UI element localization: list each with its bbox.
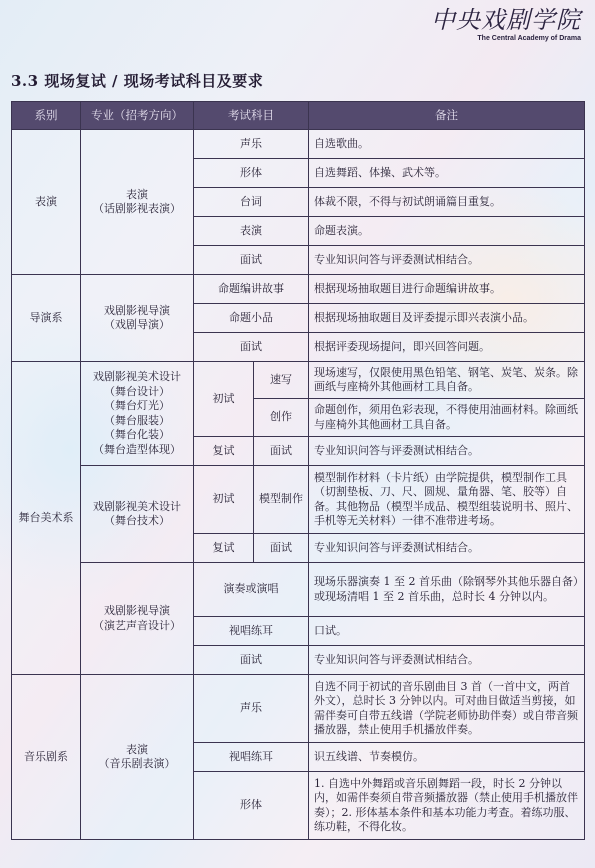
note-cell: 体裁不限，不得与初试朗诵篇目重复。 <box>309 188 585 217</box>
major-cell: 戏剧影视导演 （戏剧导演） <box>81 275 194 362</box>
logo-chinese: 中央戏剧学院 <box>431 6 581 34</box>
note-cell: 根据现场抽取题目及评委提示即兴表演小品。 <box>309 304 585 333</box>
subject-cell: 面试 <box>194 246 309 275</box>
subject-cell: 命题编讲故事 <box>194 275 309 304</box>
note-cell: 识五线谱、节奏模仿。 <box>309 743 585 772</box>
subject-cell: 模型制作 <box>254 466 309 534</box>
note-cell: 专业知识问答与评委测试相结合。 <box>309 246 585 275</box>
table-header-row: 系别 专业（招考方向） 考试科目 备注 <box>12 102 585 130</box>
note-cell: 命题表演。 <box>309 217 585 246</box>
round-cell: 复试 <box>194 437 254 466</box>
note-cell: 自选歌曲。 <box>309 130 585 159</box>
subject-cell: 台词 <box>194 188 309 217</box>
table-row: 表演 表演 （话剧影视表演） 声乐 自选歌曲。 <box>12 130 585 159</box>
department-cell: 表演 <box>12 130 81 275</box>
table-row: 导演系 戏剧影视导演 （戏剧导演） 命题编讲故事 根据现场抽取题目进行命题编讲故… <box>12 275 585 304</box>
table-row: 戏剧影视美术设计 （舞台技术） 初试 模型制作 模型制作材料（卡片纸）由学院提供… <box>12 466 585 534</box>
major-cell: 表演 （话剧影视表演） <box>81 130 194 275</box>
subject-cell: 形体 <box>194 772 309 840</box>
note-cell: 专业知识问答与评委测试相结合。 <box>309 437 585 466</box>
header-subject: 考试科目 <box>194 102 309 130</box>
subject-cell: 速写 <box>254 362 309 399</box>
table-row: 舞台美术系 戏剧影视美术设计 （舞台设计） （舞台灯光） （舞台服装） （舞台化… <box>12 362 585 399</box>
note-cell: 现场速写，仅限使用黑色铅笔、钢笔、炭笔、炭条。除画纸与座椅外其他画材工具自备。 <box>309 362 585 399</box>
department-cell: 导演系 <box>12 275 81 362</box>
subject-cell: 命题小品 <box>194 304 309 333</box>
header-department: 系别 <box>12 102 81 130</box>
header-notes: 备注 <box>309 102 585 130</box>
major-cell: 戏剧影视美术设计 （舞台设计） （舞台灯光） （舞台服装） （舞台化装） （舞台… <box>81 362 194 466</box>
note-cell: 根据评委现场提问，即兴回答问题。 <box>309 333 585 362</box>
subject-cell: 面试 <box>254 534 309 563</box>
subject-cell: 声乐 <box>194 675 309 743</box>
table-row: 戏剧影视导演 （演艺声音设计） 演奏或演唱 现场乐器演奏 1 至 2 首乐曲（除… <box>12 563 585 617</box>
department-cell: 舞台美术系 <box>12 362 81 675</box>
subject-cell: 声乐 <box>194 130 309 159</box>
major-cell: 戏剧影视导演 （演艺声音设计） <box>81 563 194 675</box>
round-cell: 复试 <box>194 534 254 563</box>
subject-cell: 表演 <box>194 217 309 246</box>
note-cell: 1. 自选中外舞蹈或音乐剧舞蹈一段，时长 2 分钟以内，如需伴奏须自带音频播放器… <box>309 772 585 840</box>
exam-subjects-table: 系别 专业（招考方向） 考试科目 备注 表演 表演 （话剧影视表演） 声乐 自选… <box>11 101 585 840</box>
header-major: 专业（招考方向） <box>81 102 194 130</box>
note-cell: 专业知识问答与评委测试相结合。 <box>309 646 585 675</box>
subject-cell: 面试 <box>254 437 309 466</box>
note-cell: 专业知识问答与评委测试相结合。 <box>309 534 585 563</box>
subject-cell: 演奏或演唱 <box>194 563 309 617</box>
academy-logo: 中央戏剧学院 The Central Academy of Drama <box>431 6 581 43</box>
note-cell: 口试。 <box>309 617 585 646</box>
department-cell: 音乐剧系 <box>12 675 81 840</box>
note-cell: 自选舞蹈、体操、武术等。 <box>309 159 585 188</box>
major-cell: 表演 （音乐剧表演） <box>81 675 194 840</box>
major-cell: 戏剧影视美术设计 （舞台技术） <box>81 466 194 563</box>
subject-cell: 面试 <box>194 333 309 362</box>
note-cell: 命题创作，须用色彩表现，不得使用油画材料。除画纸与座椅外其他画材工具自备。 <box>309 399 585 437</box>
table-row: 音乐剧系 表演 （音乐剧表演） 声乐 自选不同于初试的音乐剧曲目 3 首（一首中… <box>12 675 585 743</box>
round-cell: 初试 <box>194 362 254 437</box>
subject-cell: 视唱练耳 <box>194 617 309 646</box>
note-cell: 根据现场抽取题目进行命题编讲故事。 <box>309 275 585 304</box>
section-title: 3.3 现场复试 / 现场考试科目及要求 <box>11 70 263 91</box>
subject-cell: 创作 <box>254 399 309 437</box>
subject-cell: 形体 <box>194 159 309 188</box>
subject-cell: 视唱练耳 <box>194 743 309 772</box>
note-cell: 模型制作材料（卡片纸）由学院提供，模型制作工具（切割垫板、刀、尺、圆规、量角器、… <box>309 466 585 534</box>
note-cell: 自选不同于初试的音乐剧曲目 3 首（一首中文，两首外文），总时长 3 分钟以内。… <box>309 675 585 743</box>
logo-english: The Central Academy of Drama <box>431 34 581 43</box>
subject-cell: 面试 <box>194 646 309 675</box>
note-cell: 现场乐器演奏 1 至 2 首乐曲（除钢琴外其他乐器自备）或现场清唱 1 至 2 … <box>309 563 585 617</box>
round-cell: 初试 <box>194 466 254 534</box>
